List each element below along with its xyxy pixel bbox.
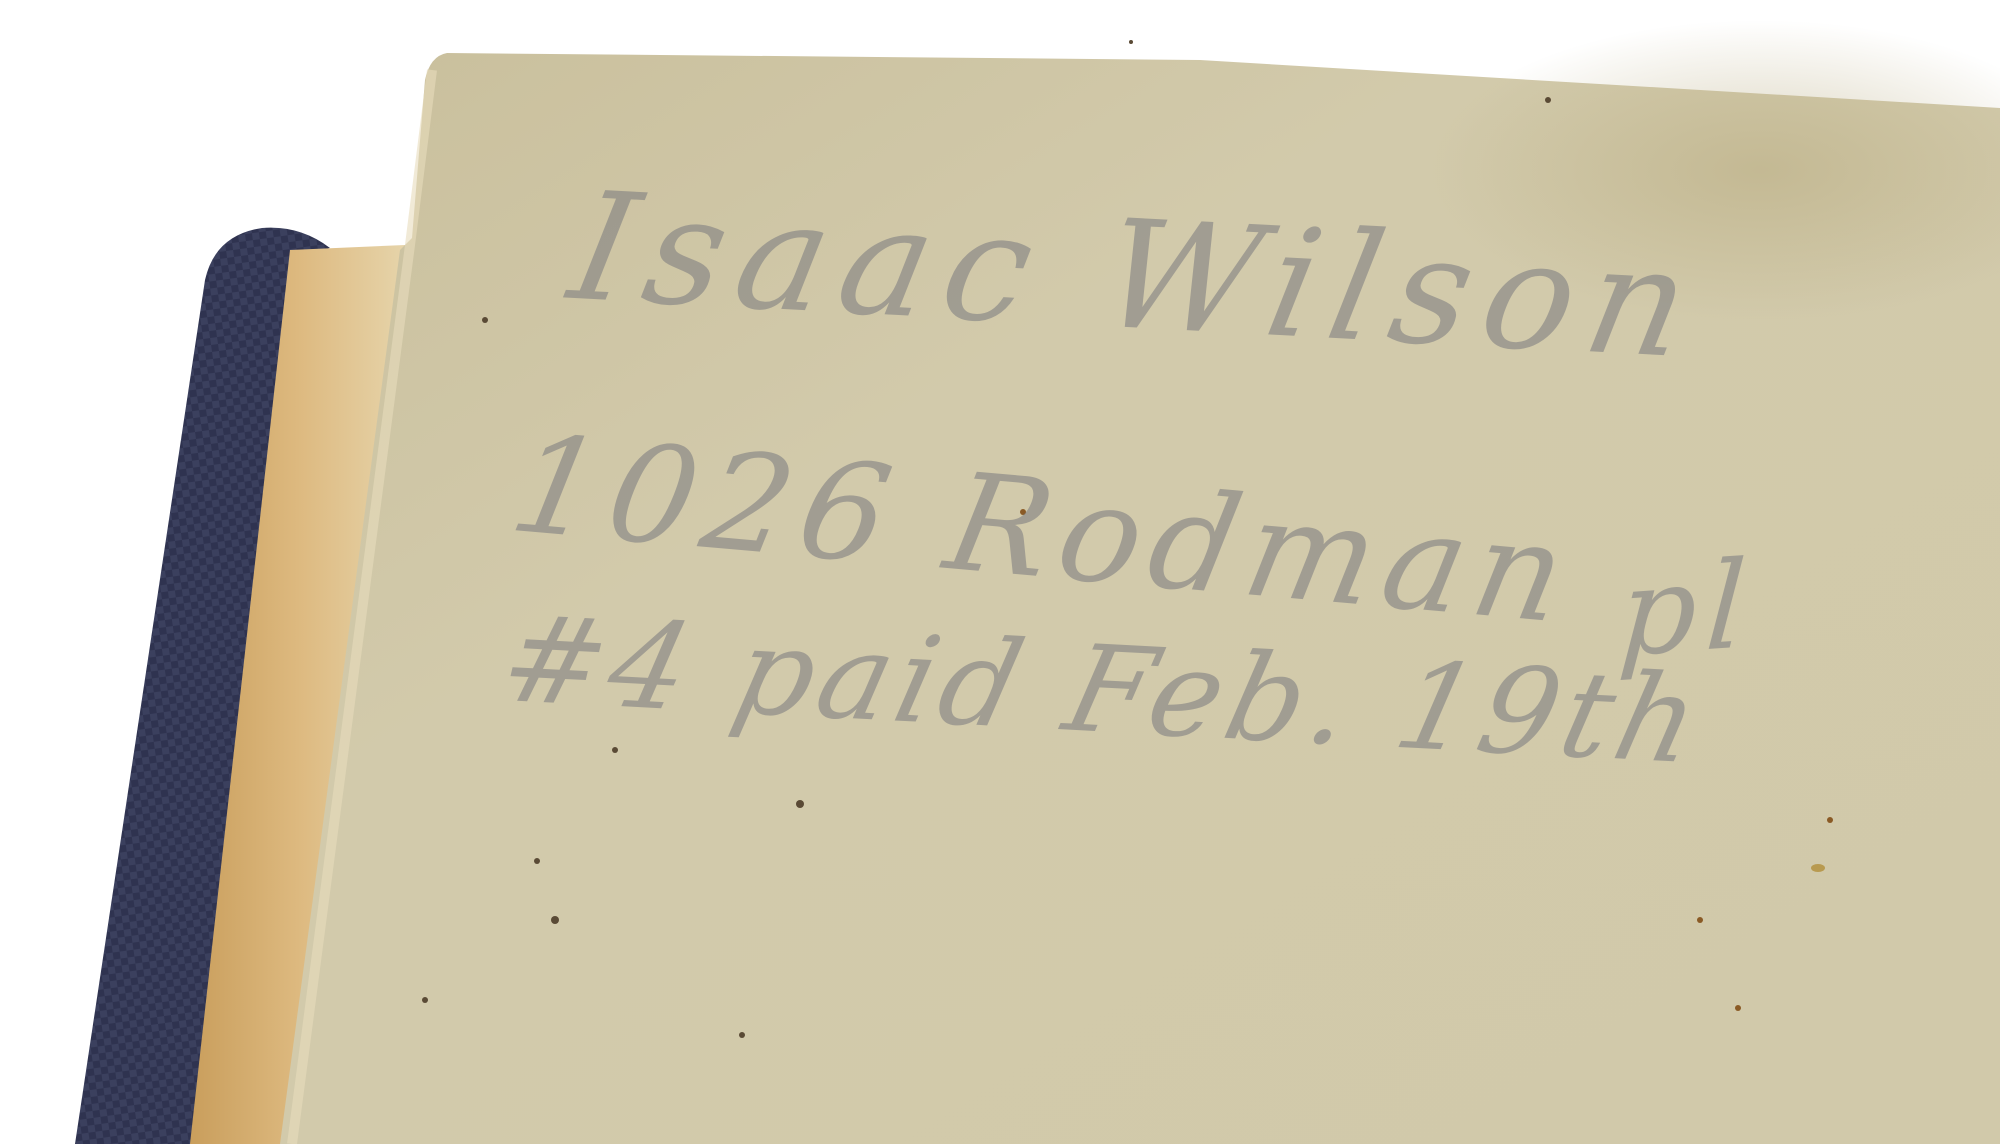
book-photo: Isaac Wilson 1026 Rodman pl #4 paid Feb.…	[0, 0, 2000, 1144]
book-illustration	[0, 0, 2000, 1144]
